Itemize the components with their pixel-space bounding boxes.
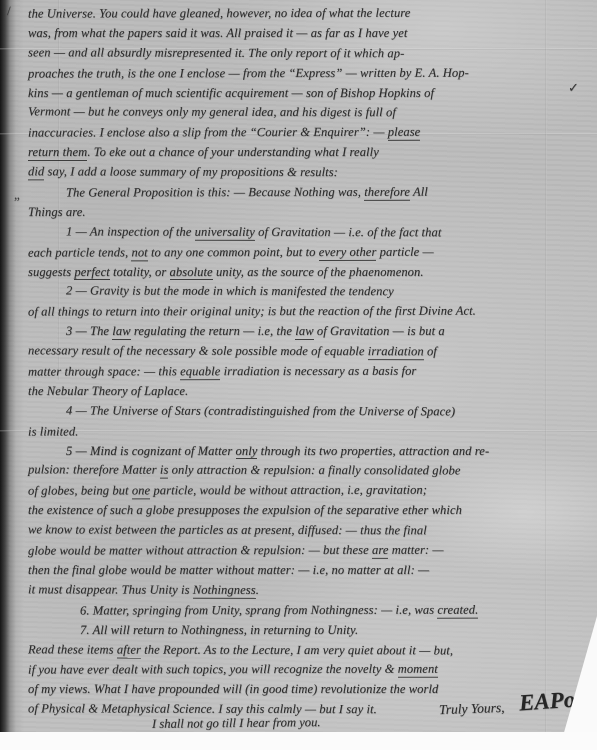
letter-text: then the final globe would be matter wit… xyxy=(28,563,429,577)
letter-text: particle, would be without attraction, i… xyxy=(150,483,427,498)
letter-text: 4 — The Universe of Stars (contradisting… xyxy=(66,403,455,418)
letter-text: proaches the truth, is the one I enclose… xyxy=(28,65,469,80)
letter-text: only attraction & repulsion: a finally c… xyxy=(168,463,460,478)
underlined-text: equable xyxy=(180,364,220,380)
letter-text: particle — xyxy=(376,244,433,258)
letter-text: each particle tends, xyxy=(28,245,131,259)
underlined-text: law xyxy=(295,324,313,340)
underlined-text: please xyxy=(388,125,421,141)
pen-mark: / xyxy=(7,3,11,19)
letter-text: globe would be matter without attraction… xyxy=(28,543,372,558)
letter-text: of Gravitation — is but a xyxy=(314,324,445,338)
letter-text: . To eke out a chance of your understand… xyxy=(87,145,379,159)
letter-line: of globes, being but one particle, would… xyxy=(28,483,583,504)
letter-line: return them. To eke out a chance of your… xyxy=(28,145,583,165)
underlined-text: are xyxy=(372,543,389,559)
letter-line: the Universe. You could have gleaned, ho… xyxy=(28,5,583,26)
underlined-text: one xyxy=(132,484,150,500)
letter-line: pulsion: therefore Matter is only attrac… xyxy=(28,463,583,484)
letter-text: the Universe. You could have gleaned, ho… xyxy=(28,6,410,21)
letter-line: did say, I add a loose summary of my pro… xyxy=(28,164,583,185)
underlined-text: moment xyxy=(398,662,438,678)
letter-text: of my views. What I have propounded will… xyxy=(28,682,438,696)
letter-line: globe would be matter without attraction… xyxy=(28,542,583,563)
letter-text: 1 — An inspection of the xyxy=(66,224,195,238)
letter-text: of all things to return into their origi… xyxy=(28,304,476,319)
underlined-text: absolute xyxy=(170,265,213,281)
letter-text: totality, or xyxy=(110,265,170,279)
letter-text: . xyxy=(256,583,259,597)
letter-text: kins — a gentleman of much scientific ac… xyxy=(28,86,434,100)
letter-text: 5 — Mind is cognizant of Matter xyxy=(66,444,236,458)
underlined-text: only xyxy=(236,444,258,460)
letter-line: Vermont — but he conveys only my general… xyxy=(28,105,583,126)
letter-text: of Gravitation — i.e. of the fact that xyxy=(255,225,442,239)
letter-text: of Physical & Metaphysical Science. I sa… xyxy=(28,701,377,716)
letter-line: 2 — Gravity is but the mode in which is … xyxy=(28,284,583,305)
postscript-line: I shall not go till I hear from you. xyxy=(152,715,321,732)
letter-text: irradiation is necessary as a basis for xyxy=(220,364,416,378)
letter-text: we know to exist between the particles a… xyxy=(28,522,427,537)
letter-text: Read these items xyxy=(28,642,117,656)
underlined-text: after xyxy=(117,642,141,658)
letter-text: unity, as the source of the phaenomenon. xyxy=(213,265,424,279)
underlined-text: did xyxy=(28,164,44,180)
letter-line: 1 — An inspection of the universality of… xyxy=(28,224,583,245)
letter-text: the existence of such a globe presuppose… xyxy=(28,503,462,517)
letter-text: to any one common point, but to xyxy=(148,245,319,259)
letter-line: then the final globe would be matter wit… xyxy=(28,563,583,583)
letter-line: was, from what the papers said it was. A… xyxy=(28,26,583,46)
letter-text: The General Proposition is this: — Becau… xyxy=(66,185,364,200)
letter-text: seen — and all absurdly misrepresented i… xyxy=(28,45,404,60)
letter-text: say, I add a loose summary of my proposi… xyxy=(44,164,338,179)
signature-closing: Truly Yours, xyxy=(439,700,505,718)
letter-text: the Nebular Theory of Laplace. xyxy=(28,384,188,398)
letter-text: matter: — xyxy=(388,543,443,557)
underlined-text: universality xyxy=(195,225,255,241)
underlined-text: therefore xyxy=(364,185,410,201)
letter-line: necessary result of the necessary & sole… xyxy=(28,343,583,364)
letter-text: of globes, being but xyxy=(28,484,132,498)
letter-text: regulating the return — i.e, the xyxy=(131,324,296,338)
letter-text: 6. Matter, springing from Unity, sprang … xyxy=(80,602,437,617)
underlined-text: every other xyxy=(319,245,377,261)
underlined-text: perfect xyxy=(74,265,109,281)
letter-text: it must disappear. Thus Unity is xyxy=(28,582,193,596)
letter-line: 3 — The law regulating the return — i.e,… xyxy=(28,324,583,344)
letter-body: the Universe. You could have gleaned, ho… xyxy=(28,6,583,722)
letter-line: the Nebular Theory of Laplace. xyxy=(28,384,583,404)
letter-text: Vermont — but he conveys only my general… xyxy=(28,105,396,120)
pen-mark: ✓ xyxy=(568,80,579,96)
pen-mark: ” xyxy=(14,194,20,210)
letter-text: pulsion: therefore Matter xyxy=(28,463,160,477)
underlined-text: return them xyxy=(28,145,87,161)
letter-text: suggests xyxy=(28,265,74,279)
letter-line: we know to exist between the particles a… xyxy=(28,522,583,543)
letter-text: 3 — The xyxy=(66,324,112,338)
letter-line: seen — and all absurdly misrepresented i… xyxy=(28,45,583,66)
letter-text: 7. All will return to Nothingness, in re… xyxy=(80,623,358,637)
letter-text: Things are. xyxy=(28,205,86,219)
letter-text: 2 — Gravity is but the mode in which is … xyxy=(66,284,394,299)
letter-text: inaccuracies. I enclose also a slip from… xyxy=(28,125,388,140)
letter-line: matter through space: — this equable irr… xyxy=(28,363,583,384)
letter-line: kins — a gentleman of much scientific ac… xyxy=(28,86,583,106)
underlined-text: Nothingness xyxy=(193,583,256,599)
letter-line: suggests perfect totality, or absolute u… xyxy=(28,265,583,285)
letter-line: it must disappear. Thus Unity is Nothing… xyxy=(28,582,583,603)
letter-line: The General Proposition is this: — Becau… xyxy=(28,184,583,205)
letter-line: Things are. xyxy=(28,205,583,225)
underlined-text: irradiation xyxy=(368,344,424,360)
letter-line: 6. Matter, springing from Unity, sprang … xyxy=(28,602,583,623)
underlined-text: created. xyxy=(437,602,478,618)
letter-text: if you have ever dealt with such topics,… xyxy=(28,662,398,677)
letter-line: each particle tends, not to any one comm… xyxy=(28,244,583,265)
letter-line: proaches the truth, is the one I enclose… xyxy=(28,65,583,86)
letter-line: is limited. xyxy=(28,423,583,444)
letter-text: All xyxy=(410,185,428,199)
letter-line: 4 — The Universe of Stars (contradisting… xyxy=(28,403,583,424)
underlined-text: law xyxy=(112,324,130,340)
letter-line: the existence of such a globe presuppose… xyxy=(28,503,583,523)
letter-text: matter through space: — this xyxy=(28,364,180,378)
letter-text: was, from what the papers said it was. A… xyxy=(28,26,407,40)
letter-line: Read these items after the Report. As to… xyxy=(28,642,583,663)
letter-line: of all things to return into their origi… xyxy=(28,304,583,325)
letter-line: 5 — Mind is cognizant of Matter only thr… xyxy=(28,444,583,464)
letter-text: is limited. xyxy=(28,424,78,438)
letter-text: through its two properties, attraction a… xyxy=(257,444,489,458)
letter-photo: the Universe. You could have gleaned, ho… xyxy=(0,0,597,732)
photo-bottom-margin xyxy=(0,732,597,750)
underlined-text: not xyxy=(131,245,147,261)
letter-text: the Report. As to the Lecture, I am very… xyxy=(141,642,453,657)
letter-text: necessary result of the necessary & sole… xyxy=(28,343,368,358)
letter-text: of xyxy=(424,344,437,358)
letter-line: inaccuracies. I enclose also a slip from… xyxy=(28,125,583,146)
letter-line: 7. All will return to Nothingness, in re… xyxy=(28,623,583,643)
letter-line: if you have ever dealt with such topics,… xyxy=(28,662,583,683)
